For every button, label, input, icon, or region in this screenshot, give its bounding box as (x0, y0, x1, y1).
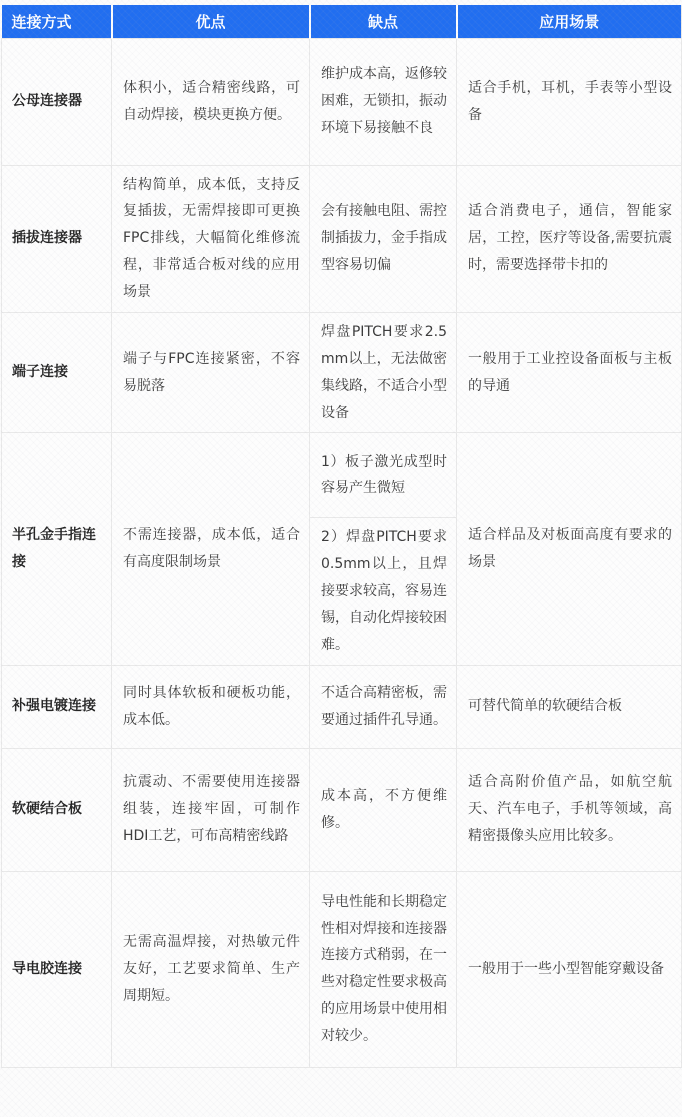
method-cell: 软硬结合板 (2, 748, 112, 871)
cons-cell: 导电性能和长期稳定性相对焊接和连接器连接方式稍弱，在一些对稳定性要求极高的应用场… (310, 871, 457, 1067)
pros-cell: 无需高温焊接，对热敏元件友好，工艺要求简单、生产周期短。 (112, 871, 310, 1067)
scenarios-cell: 适合样品及对板面高度有要求的场景 (457, 433, 682, 665)
table-row-rigid-flex-board: 软硬结合板 抗震动、不需要使用连接器组装，连接牢固，可制作HDI工艺，可布高精密… (2, 748, 682, 871)
pros-cell: 同时具体软板和硬板功能，成本低。 (112, 665, 310, 748)
page: 连接方式 优点 缺点 应用场景 公母连接器 体积小，适合精密线路，可自动焊接，模… (0, 0, 682, 1117)
table-row-half-hole-gold-finger: 半孔金手指连接 不需连接器，成本低，适合有高度限制场景 1）板子激光成型时容易产… (2, 433, 682, 518)
table-row-male-female-connector: 公母连接器 体积小，适合精密线路，可自动焊接，模块更换方便。 维护成本高，返修较… (2, 38, 682, 165)
cons-cell: 维护成本高，返修较困难，无锁扣，振动环境下易接触不良 (310, 38, 457, 165)
table-row-reinforced-plating: 补强电镀连接 同时具体软板和硬板功能，成本低。 不适合高精密板，需要通过插件孔导… (2, 665, 682, 748)
connection-methods-table: 连接方式 优点 缺点 应用场景 公母连接器 体积小，适合精密线路，可自动焊接，模… (1, 5, 682, 1068)
header-pros: 优点 (112, 5, 310, 38)
pros-cell: 抗震动、不需要使用连接器组装，连接牢固，可制作HDI工艺，可布高精密线路 (112, 748, 310, 871)
pros-cell: 结构简单，成本低，支持反复插拔，无需焊接即可更换FPC排线，大幅简化维修流程，非… (112, 165, 310, 312)
method-cell: 端子连接 (2, 312, 112, 433)
table-row-conductive-adhesive: 导电胶连接 无需高温焊接，对热敏元件友好，工艺要求简单、生产周期短。 导电性能和… (2, 871, 682, 1067)
scenarios-cell: 一般用于一些小型智能穿戴设备 (457, 871, 682, 1067)
method-cell: 补强电镀连接 (2, 665, 112, 748)
header-scenarios: 应用场景 (457, 5, 682, 38)
cons-cell-item-2: 2）焊盘PITCH要求0.5mm以上，且焊接要求较高，容易连锡，自动化焊接较困难… (310, 518, 457, 665)
table-row-plug-connector: 插拔连接器 结构简单，成本低，支持反复插拔，无需焊接即可更换FPC排线，大幅简化… (2, 165, 682, 312)
pros-cell: 不需连接器，成本低，适合有高度限制场景 (112, 433, 310, 665)
cons-cell: 会有接触电阻、需控制插拔力，金手指成型容易切偏 (310, 165, 457, 312)
scenarios-cell: 可替代简单的软硬结合板 (457, 665, 682, 748)
pros-cell: 体积小，适合精密线路，可自动焊接，模块更换方便。 (112, 38, 310, 165)
cons-cell: 焊盘PITCH要求2.5 mm以上，无法做密集线路，不适合小型设备 (310, 312, 457, 433)
table-row-terminal-connection: 端子连接 端子与FPC连接紧密，不容易脱落 焊盘PITCH要求2.5 mm以上，… (2, 312, 682, 433)
cons-cell: 成本高，不方便维修。 (310, 748, 457, 871)
method-cell: 半孔金手指连接 (2, 433, 112, 665)
pros-cell: 端子与FPC连接紧密，不容易脱落 (112, 312, 310, 433)
method-cell: 公母连接器 (2, 38, 112, 165)
scenarios-cell: 适合高附价值产品，如航空航天、汽车电子，手机等领域，高精密摄像头应用比较多。 (457, 748, 682, 871)
header-connection-method: 连接方式 (2, 5, 112, 38)
scenarios-cell: 适合手机，耳机，手表等小型设备 (457, 38, 682, 165)
method-cell: 插拔连接器 (2, 165, 112, 312)
header-cons: 缺点 (310, 5, 457, 38)
scenarios-cell: 适合消费电子，通信，智能家居，工控，医疗等设备,需要抗震时，需要选择带卡扣的 (457, 165, 682, 312)
method-cell: 导电胶连接 (2, 871, 112, 1067)
header-row: 连接方式 优点 缺点 应用场景 (2, 5, 682, 38)
scenarios-cell: 一般用于工业控设备面板与主板的导通 (457, 312, 682, 433)
cons-cell-item-1: 1）板子激光成型时容易产生微短 (310, 433, 457, 518)
cons-cell: 不适合高精密板，需要通过插件孔导通。 (310, 665, 457, 748)
